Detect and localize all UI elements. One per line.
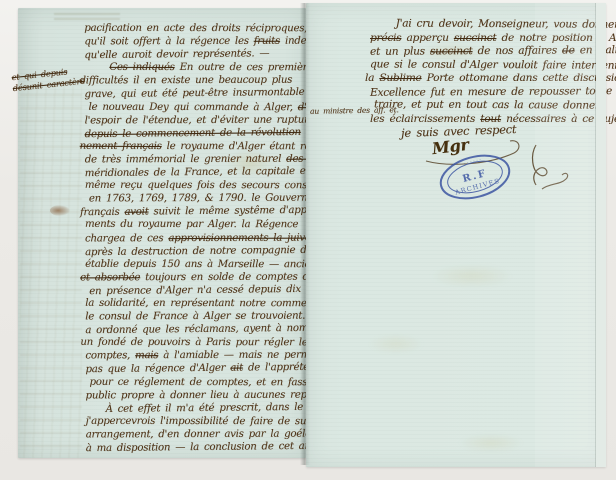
manuscript-line: pas que la régence d'Alger ait de l'appr…: [85, 361, 309, 376]
ink-bleedthrough: [20, 86, 82, 458]
paper-stain: [456, 433, 526, 453]
manuscript-line: traire, et put en tout cas la cause donn…: [374, 98, 602, 113]
manuscript-line: pour ce réglement de comptes, et en fass…: [89, 375, 309, 388]
manuscript-line: et un plus succinct de nos affaires de e…: [370, 44, 602, 59]
paper-stain: [426, 263, 516, 289]
stamp-top-arc: · · · · · · ·: [460, 157, 482, 168]
manuscript-line: précis apperçu succinct de notre positio…: [370, 32, 602, 46]
manuscript-line: depuis le commencement de la révolution …: [85, 126, 309, 141]
manuscript-line: et absorbée toujours en solde de comptes…: [80, 270, 309, 284]
manuscript-line: établie depuis 150 ans à Marseille — anc…: [85, 257, 309, 270]
manuscript-line: public propre à donner lieu à aucunes re…: [86, 388, 310, 402]
right-page-text: J'ai cru devoir, Monseigneur, vous donne…: [370, 18, 602, 126]
manuscript-line: nement français le royaume d'Alger étant…: [80, 140, 309, 153]
manuscript-line: pacification en acte des droits réciproq…: [84, 22, 308, 35]
manuscript-line: à ma disposition — la conclusion de cet …: [86, 440, 310, 455]
left-page-text: pacification en acte des droits réciproq…: [84, 22, 310, 455]
right-page: J'ai cru devoir, Monseigneur, vous donne…: [306, 3, 606, 467]
manuscript-line: que si le consul d'Alger vouloit faire i…: [370, 58, 602, 73]
manuscript-line: J'ai cru devoir, Monseigneur, vous donne…: [370, 17, 602, 32]
manuscript-line: un fondé de pouvoirs à Paris pour régler…: [80, 336, 309, 349]
manuscript-line: la Sublime Porte ottomane dans cette dis…: [365, 72, 602, 86]
scanned-letter: { "left_page": { "margin_note": [ "~et q…: [0, 0, 616, 480]
manuscript-line: j'appercevrois l'impossibilité de faire …: [86, 415, 310, 428]
manuscript-line: en présence d'Alger n'a cessé depuis dix…: [89, 283, 309, 298]
manuscript-line: grave, qui eut été peut-être insurmontab…: [84, 86, 308, 101]
manuscript-line: l'espoir de l'étendue, et d'éviter une r…: [85, 113, 309, 127]
paper-stain: [366, 333, 426, 355]
manuscript-line: le nouveau Dey qui commande à Alger, d'e…: [89, 100, 309, 113]
manuscript-line: après la destruction de notre compagnie …: [85, 243, 309, 258]
ink-stain: [50, 205, 70, 216]
manuscript-line: chargea de ces approvisionnements la jui…: [85, 231, 309, 245]
margin-insertion: au ministre des aff. ét.: [310, 105, 399, 116]
left-page: et qui depuisdésunit caractère pacificat…: [18, 8, 306, 458]
manuscript-line: la solidarité, en représentant notre com…: [85, 297, 309, 310]
manuscript-line: À cet effet il m'a été prescrit, dans le…: [81, 401, 310, 416]
manuscript-line: même reçu quelques fois des secours cons…: [85, 179, 309, 192]
manuscript-line: Ces indiqués En outre de ces premières: [84, 61, 308, 74]
manuscript-line: Excellence fut en mesure de repousser to…: [370, 85, 602, 100]
manuscript-line: ments du royaume par Alger. la Régence: [85, 218, 309, 231]
